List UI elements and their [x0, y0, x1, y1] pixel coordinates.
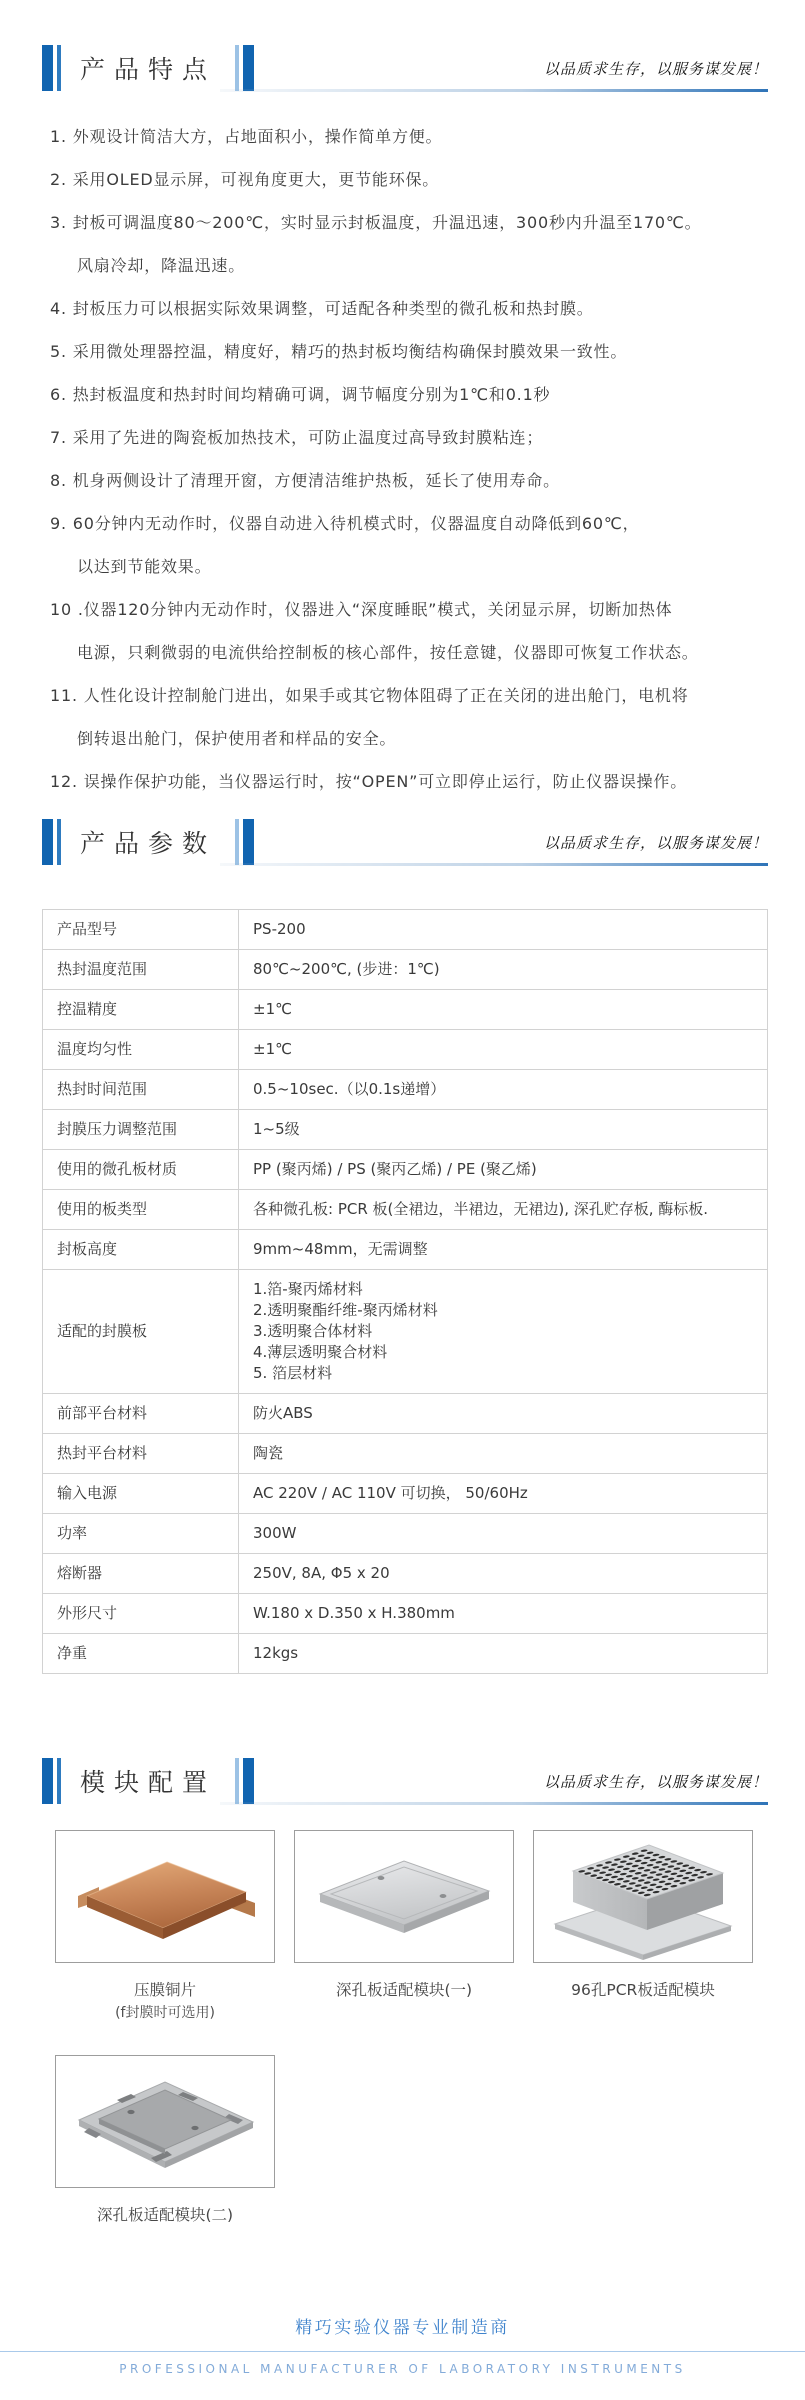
param-label: 输入电源 — [43, 1474, 239, 1514]
slogan-text: 以品质求生存，以服务谋发展！ — [544, 58, 768, 79]
slogan-text: 以品质求生存，以服务谋发展！ — [544, 832, 768, 853]
accent-bar-icon — [57, 819, 61, 865]
param-value: ±1℃ — [239, 990, 768, 1030]
feature-line: 5. 采用微处理器控温，精度好，精巧的热封板均衡结构确保封膜效果一致性。 — [50, 330, 768, 373]
feature-line: 2. 采用OLED显示屏，可视角度更大，更节能环保。 — [50, 158, 768, 201]
module-image-box — [55, 1830, 275, 1963]
param-label: 封膜压力调整范围 — [43, 1110, 239, 1150]
copper-plate-icon — [65, 1834, 265, 1960]
param-value: 1~5级 — [239, 1110, 768, 1150]
modules-header: 模块配置 以品质求生存，以服务谋发展！ — [42, 1758, 768, 1804]
param-value: 250V, 8A, Φ5 x 20 — [239, 1554, 768, 1594]
param-value: 0.5~10sec.（以0.1s递增） — [239, 1070, 768, 1110]
param-value: AC 220V / AC 110V 可切换， 50/60Hz — [239, 1474, 768, 1514]
module-caption: 压膜铜片 (f封膜时可选用) — [55, 1978, 275, 2025]
param-label: 熔断器 — [43, 1554, 239, 1594]
accent-bar-icon — [42, 1758, 53, 1804]
feature-list: 1. 外观设计简洁大方，占地面积小，操作简单方便。 2. 采用OLED显示屏，可… — [42, 91, 768, 803]
product-detail-page: { "slogan": "以品质求生存，以服务谋发展！", "colors": … — [0, 0, 805, 2400]
feature-line: 以达到节能效果。 — [50, 545, 768, 588]
module-card: 深孔板适配模块(一) — [294, 1830, 514, 2025]
gradient-divider — [220, 89, 768, 92]
module-image-box — [294, 1830, 514, 1963]
feature-line: 风扇冷却，降温迅速。 — [50, 244, 768, 287]
page-footer: 精巧实验仪器专业制造商 PROFESSIONAL MANUFACTURER OF… — [0, 2313, 805, 2400]
module-card: 压膜铜片 (f封膜时可选用) — [55, 1830, 275, 2025]
param-value: 1.箔-聚丙烯材料 2.透明聚酯纤维-聚丙烯材料 3.透明聚合体材料 4.薄层透… — [239, 1270, 768, 1394]
module-caption-text: 深孔板适配模块(二) — [55, 2203, 275, 2227]
module-caption: 深孔板适配模块(二) — [55, 2203, 275, 2227]
aluminum-tray-icon — [304, 1834, 504, 1960]
feature-line: 4. 封板压力可以根据实际效果调整，可适配各种类型的微孔板和热封膜。 — [50, 287, 768, 330]
param-value: W.180 x D.350 x H.380mm — [239, 1594, 768, 1634]
content-wrap: 产品特点 以品质求生存，以服务谋发展！ 1. 外观设计简洁大方，占地面积小，操作… — [0, 0, 805, 2227]
feature-line: 倒转退出舱门，保护使用者和样品的安全。 — [50, 717, 768, 760]
param-value: 80℃~200℃, (步进：1℃) — [239, 950, 768, 990]
param-label: 温度均匀性 — [43, 1030, 239, 1070]
param-label: 热封平台材料 — [43, 1434, 239, 1474]
module-caption-text: 深孔板适配模块(一) — [294, 1978, 514, 2002]
section-modules: 模块配置 以品质求生存，以服务谋发展！ — [42, 1758, 768, 2227]
table-row: 热封温度范围80℃~200℃, (步进：1℃) — [43, 950, 768, 990]
accent-bar-icon — [235, 819, 239, 865]
module-caption: 深孔板适配模块(一) — [294, 1978, 514, 2002]
module-image-box — [533, 1830, 753, 1963]
param-value: PS-200 — [239, 910, 768, 950]
module-card: 深孔板适配模块(二) — [55, 2055, 275, 2227]
param-label: 热封温度范围 — [43, 950, 239, 990]
table-row: 外形尺寸W.180 x D.350 x H.380mm — [43, 1594, 768, 1634]
table-row: 前部平台材料防火ABS — [43, 1394, 768, 1434]
table-row: 封板高度9mm~48mm，无需调整 — [43, 1230, 768, 1270]
section-params: 产品参数 以品质求生存，以服务谋发展！ 产品型号PS-200 热封温度范围80℃… — [42, 819, 768, 1674]
footer-title: 精巧实验仪器专业制造商 — [0, 2313, 805, 2338]
table-row: 熔断器250V, 8A, Φ5 x 20 — [43, 1554, 768, 1594]
table-row: 温度均匀性±1℃ — [43, 1030, 768, 1070]
features-header: 产品特点 以品质求生存，以服务谋发展！ — [42, 45, 768, 91]
table-row: 功率300W — [43, 1514, 768, 1554]
param-value: 各种微孔板: PCR 板(全裙边，半裙边，无裙边), 深孔贮存板, 酶标板. — [239, 1190, 768, 1230]
param-label: 使用的微孔板材质 — [43, 1150, 239, 1190]
params-header: 产品参数 以品质求生存，以服务谋发展！ — [42, 819, 768, 865]
param-label: 净重 — [43, 1634, 239, 1674]
feature-line: 10 .仪器120分钟内无动作时，仪器进入“深度睡眠”模式，关闭显示屏，切断加热… — [50, 588, 768, 631]
table-row: 产品型号PS-200 — [43, 910, 768, 950]
deep-well-tray-icon — [65, 2056, 265, 2188]
param-value: 防火ABS — [239, 1394, 768, 1434]
section-title-features: 产品特点 — [80, 50, 216, 86]
module-subcaption-text: (f封膜时可选用) — [55, 2002, 275, 2025]
param-label: 封板高度 — [43, 1230, 239, 1270]
param-value: 9mm~48mm，无需调整 — [239, 1230, 768, 1270]
module-cards: 压膜铜片 (f封膜时可选用) — [55, 1830, 755, 2227]
table-row: 控温精度±1℃ — [43, 990, 768, 1030]
module-card: 96孔PCR板适配模块 — [533, 1830, 753, 2025]
table-row: 热封时间范围0.5~10sec.（以0.1s递增） — [43, 1070, 768, 1110]
param-value: 陶瓷 — [239, 1434, 768, 1474]
accent-bar-icon — [243, 1758, 254, 1804]
table-row: 封膜压力调整范围1~5级 — [43, 1110, 768, 1150]
table-row: 热封平台材料陶瓷 — [43, 1434, 768, 1474]
footer-subtitle: PROFESSIONAL MANUFACTURER OF LABORATORY … — [0, 2362, 805, 2400]
param-label: 前部平台材料 — [43, 1394, 239, 1434]
param-label: 控温精度 — [43, 990, 239, 1030]
section-features: 产品特点 以品质求生存，以服务谋发展！ 1. 外观设计简洁大方，占地面积小，操作… — [42, 45, 768, 803]
module-image-box — [55, 2055, 275, 2188]
table-row: 适配的封膜板1.箔-聚丙烯材料 2.透明聚酯纤维-聚丙烯材料 3.透明聚合体材料… — [43, 1270, 768, 1394]
param-label: 功率 — [43, 1514, 239, 1554]
slogan-text: 以品质求生存，以服务谋发展！ — [544, 1771, 768, 1792]
feature-line: 8. 机身两侧设计了清理开窗，方便清洁维护热板，延长了使用寿命。 — [50, 459, 768, 502]
accent-bar-icon — [243, 819, 254, 865]
table-row: 使用的板类型各种微孔板: PCR 板(全裙边，半裙边，无裙边), 深孔贮存板, … — [43, 1190, 768, 1230]
module-caption-text: 压膜铜片 — [55, 1978, 275, 2002]
param-label: 适配的封膜板 — [43, 1270, 239, 1394]
param-value: 300W — [239, 1514, 768, 1554]
accent-bar-icon — [243, 45, 254, 91]
module-caption-text: 96孔PCR板适配模块 — [533, 1978, 753, 2002]
param-label: 使用的板类型 — [43, 1190, 239, 1230]
param-label: 产品型号 — [43, 910, 239, 950]
param-value: ±1℃ — [239, 1030, 768, 1070]
accent-bar-icon — [235, 1758, 239, 1804]
accent-bar-icon — [57, 1758, 61, 1804]
feature-line: 9. 60分钟内无动作时，仪器自动进入待机模式时，仪器温度自动降低到60℃， — [50, 502, 768, 545]
table-row: 使用的微孔板材质PP (聚丙烯) / PS (聚丙乙烯) / PE (聚乙烯) — [43, 1150, 768, 1190]
feature-line: 3. 封板可调温度80～200℃，实时显示封板温度，升温迅速，300秒内升温至1… — [50, 201, 768, 244]
param-label: 热封时间范围 — [43, 1070, 239, 1110]
section-title-modules: 模块配置 — [80, 1763, 216, 1799]
pcr-96-well-block-icon — [543, 1831, 743, 1963]
section-title-params: 产品参数 — [80, 824, 216, 860]
gradient-divider — [220, 1802, 768, 1805]
accent-bar-icon — [57, 45, 61, 91]
footer-divider — [0, 2351, 805, 2352]
feature-line: 7. 采用了先进的陶瓷板加热技术，可防止温度过高导致封膜粘连； — [50, 416, 768, 459]
accent-bar-icon — [235, 45, 239, 91]
accent-bar-icon — [42, 819, 53, 865]
feature-line: 1. 外观设计简洁大方，占地面积小，操作简单方便。 — [50, 115, 768, 158]
param-label: 外形尺寸 — [43, 1594, 239, 1634]
feature-line: 6. 热封板温度和热封时间均精确可调，调节幅度分别为1℃和0.1秒 — [50, 373, 768, 416]
params-table: 产品型号PS-200 热封温度范围80℃~200℃, (步进：1℃) 控温精度±… — [42, 909, 768, 1674]
param-value: PP (聚丙烯) / PS (聚丙乙烯) / PE (聚乙烯) — [239, 1150, 768, 1190]
table-row: 净重12kgs — [43, 1634, 768, 1674]
module-caption: 96孔PCR板适配模块 — [533, 1978, 753, 2002]
accent-bar-icon — [42, 45, 53, 91]
gradient-divider — [220, 863, 768, 866]
feature-line: 电源，只剩微弱的电流供给控制板的核心部件，按任意键，仪器即可恢复工作状态。 — [50, 631, 768, 674]
param-value: 12kgs — [239, 1634, 768, 1674]
table-row: 输入电源AC 220V / AC 110V 可切换， 50/60Hz — [43, 1474, 768, 1514]
feature-line: 12. 误操作保护功能，当仪器运行时，按“OPEN”可立即停止运行，防止仪器误操… — [50, 760, 768, 803]
feature-line: 11. 人性化设计控制舱门进出，如果手或其它物体阻碍了正在关闭的进出舱门，电机将 — [50, 674, 768, 717]
